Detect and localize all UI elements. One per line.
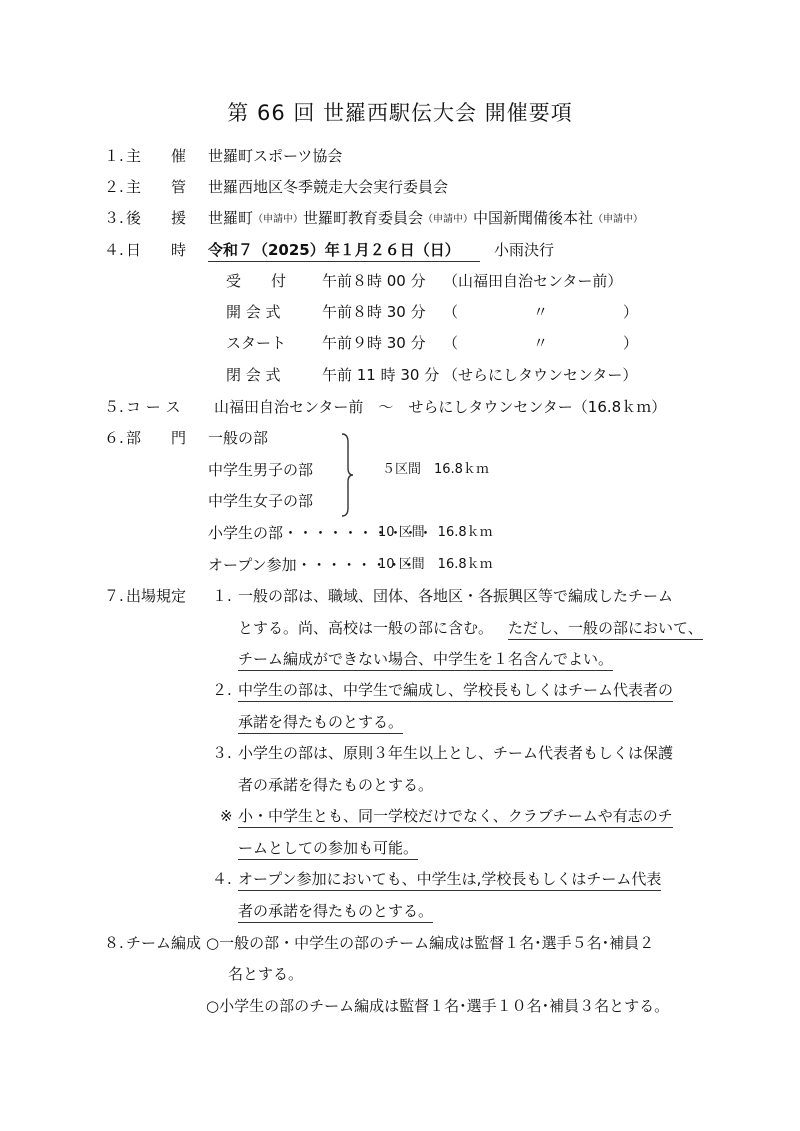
weather-note: 小雨決行 xyxy=(494,240,554,260)
section-label: 後 援 xyxy=(126,208,186,228)
sponsor-note: （申請中） xyxy=(593,214,643,225)
rule-number: ４. xyxy=(212,869,232,889)
note-mark: ※ xyxy=(220,806,233,826)
sponsor-note: （申請中） xyxy=(253,214,303,225)
section-number: ３. xyxy=(104,208,124,228)
schedule-place: （せらにしタウンセンター） xyxy=(443,365,637,385)
schedule-event: 受 付 xyxy=(226,271,286,291)
schedule-event: スタート xyxy=(226,333,286,353)
rule-number: １. xyxy=(212,586,232,606)
rule-line: 小学生の部は、原則３年生以上とし、チーム代表者もしくは保護 xyxy=(238,743,673,763)
rule-line-underlined: オープン参加においても、中学生は,学校長もしくはチーム代表 xyxy=(238,869,661,891)
section-value: 世羅西地区冬季競走大会実行委員会 xyxy=(208,177,448,197)
sponsor-note: （申請中） xyxy=(423,214,473,225)
rule-line-underlined: ただし、一般の部において、 xyxy=(508,618,703,640)
section-label: チーム編成 xyxy=(126,933,201,953)
section-label: コ ー ス xyxy=(126,397,181,417)
section-number: ５. xyxy=(104,397,124,417)
sponsor-name: 中国新聞備後本社 xyxy=(473,209,593,227)
rule-line: とする。尚、高校は一般の部に含む。 xyxy=(238,618,493,638)
section-number: １. xyxy=(104,146,124,166)
division-info: 10 区間 16.8ｋｍ xyxy=(378,523,493,543)
section-number: ２. xyxy=(104,177,124,197)
schedule-time: 午前８時 00 分 xyxy=(322,271,426,291)
rule-line-underlined: 中学生の部は、中学生で編成し、学校長もしくはチーム代表者の xyxy=(238,680,673,702)
page-title: 第 66 回 世羅西駅伝大会 開催要項 xyxy=(0,103,800,123)
schedule-time: 午前８時 30 分 xyxy=(322,302,426,322)
section-label: 出場規定 xyxy=(126,586,186,606)
section-number: ４. xyxy=(104,240,124,260)
team-rule-line: 名とする。 xyxy=(228,964,303,984)
division-name: 中学生女子の部 xyxy=(208,491,313,511)
division-name: 一般の部 xyxy=(208,428,268,448)
division-info: ５区間 16.8ｋｍ xyxy=(382,460,489,480)
sponsor-name: 世羅町 xyxy=(208,209,253,227)
section-label: 部 門 xyxy=(126,428,186,448)
rule-line: 一般の部は、職域、団体、各地区・各振興区等で編成したチーム xyxy=(238,586,673,606)
rule-line-underlined: 小・中学生とも、同一学校だけでなく、クラブチームや有志のチ xyxy=(238,806,673,828)
rule-line-underlined: 者の承諾を得たものとする。 xyxy=(238,901,433,923)
rule-line: 者の承諾を得たものとする。 xyxy=(238,775,433,795)
sponsor-list: 世羅町（申請中）世羅町教育委員会（申請中）中国新聞備後本社（申請中） xyxy=(208,208,643,230)
schedule-event: 開 会 式 xyxy=(226,302,281,322)
schedule-place: （ 〃 ） xyxy=(443,302,638,322)
section-label: 主 催 xyxy=(126,146,186,166)
team-rule-line: ○小学生の部のチーム編成は監督１名･選手１０名･補員３名とする。 xyxy=(206,996,669,1016)
section-value: 世羅町スポーツ協会 xyxy=(208,146,342,166)
rule-line-underlined: 承諾を得たものとする。 xyxy=(238,712,403,734)
section-number: ８. xyxy=(104,933,124,953)
rule-number: ２. xyxy=(212,680,232,700)
section-number: ６. xyxy=(104,428,124,448)
schedule-time: 午前 11 時 30 分 xyxy=(322,365,439,385)
division-name: 中学生男子の部 xyxy=(208,460,313,480)
sponsor-name: 世羅町教育委員会 xyxy=(303,209,423,227)
schedule-place: （山福田自治センター前） xyxy=(443,271,622,291)
section-label: 主 管 xyxy=(126,177,186,197)
schedule-event: 閉 会 式 xyxy=(226,365,281,385)
event-date: 令和７（2025）年１月２６日（日） xyxy=(208,240,480,262)
team-rule-line: ○一般の部・中学生の部のチーム編成は監督１名･選手５名･補員２ xyxy=(206,933,654,953)
schedule-place: （ 〃 ） xyxy=(443,333,638,353)
rule-number: ３. xyxy=(212,743,232,763)
brace-icon xyxy=(340,432,354,518)
division-info: 10 区間 16.8ｋｍ xyxy=(378,555,493,575)
section-label: 日 時 xyxy=(126,240,186,260)
rule-line-underlined: チーム編成ができない場合、中学生を１名含んでよい。 xyxy=(238,649,613,671)
rule-line-underlined: ームとしての参加も可能。 xyxy=(238,838,418,860)
section-number: ７. xyxy=(104,586,124,606)
schedule-time: 午前９時 30 分 xyxy=(322,333,426,353)
section-value: 山福田自治センター前 ～ せらにしタウンセンター（16.8ｋｍ） xyxy=(214,397,666,417)
